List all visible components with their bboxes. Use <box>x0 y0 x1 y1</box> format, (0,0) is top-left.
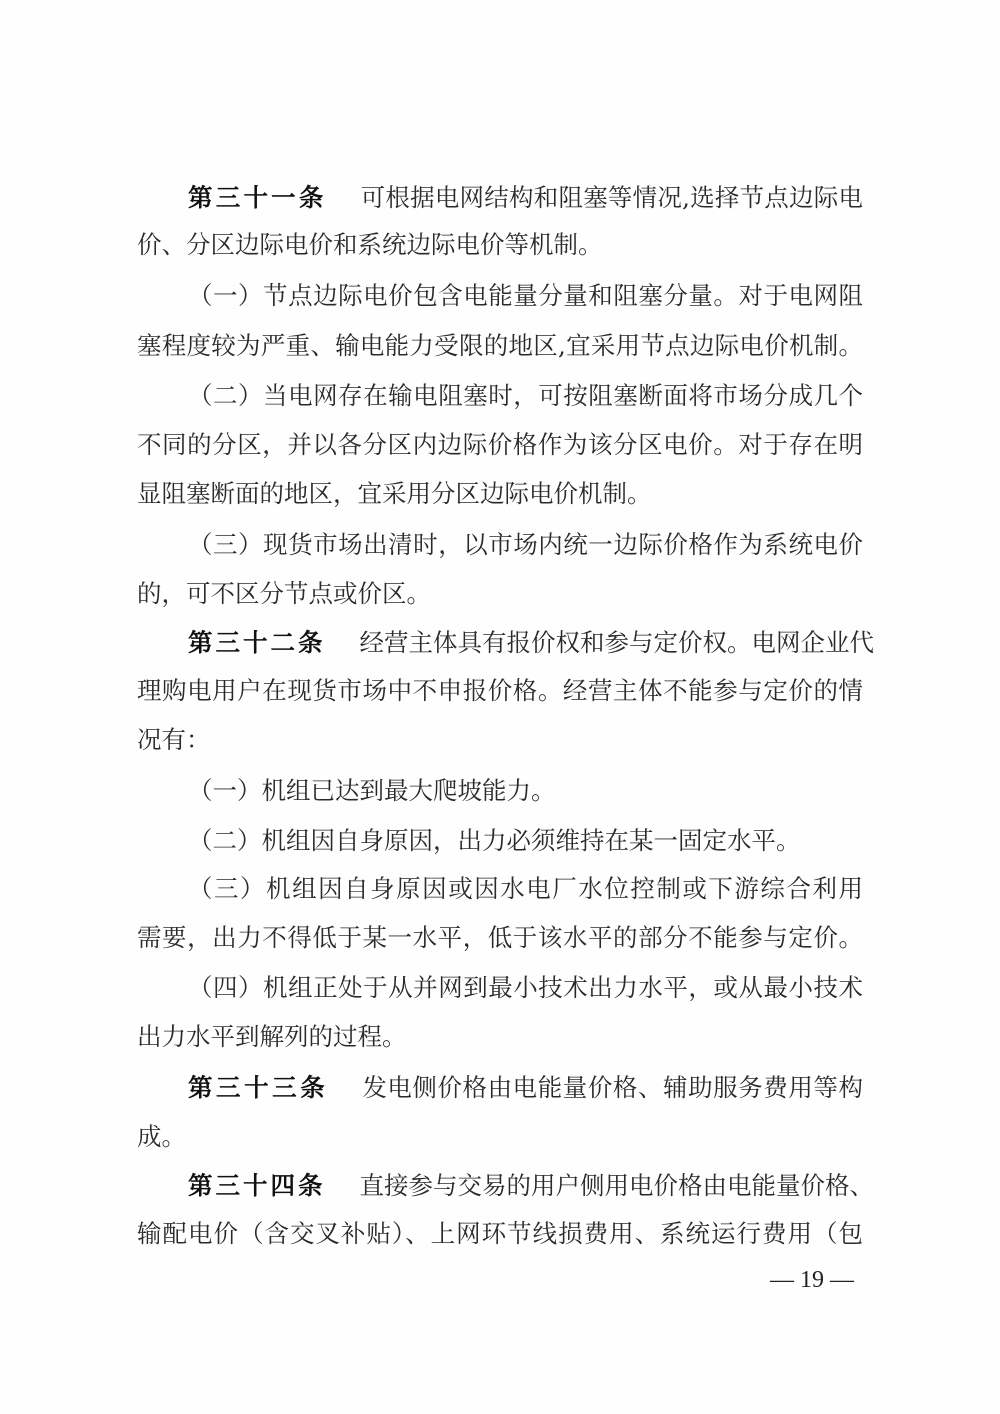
paragraph-text: 经营主体具有报价权和参与定价权。电网企业代 <box>360 628 875 657</box>
article-31-item-2-line-3: 显阻塞断面的地区，宜采用分区边际电价机制。 <box>137 474 863 514</box>
article-31-item-2-line-2: 不同的分区，并以各分区内边际价格作为该分区电价。对于存在明 <box>137 425 863 465</box>
article-32-item-3-line-2: 需要，出力不得低于某一水平，低于该水平的部分不能参与定价。 <box>137 918 863 958</box>
article-32-line-3: 况有： <box>137 720 863 760</box>
article-heading: 第三十二条 <box>188 628 326 657</box>
paragraph-text: 发电侧价格由电能量价格、辅助服务费用等构 <box>362 1073 863 1102</box>
article-31-line-1: 第三十一条可根据电网结构和阻塞等情况,选择节点边际电 <box>188 178 863 218</box>
page-number: — 19 — <box>757 1262 867 1298</box>
article-32-item-1: （一）机组已达到最大爬坡能力。 <box>188 771 863 811</box>
article-33-line-2: 成。 <box>137 1117 863 1157</box>
article-31-line-2: 价、分区边际电价和系统边际电价等机制。 <box>137 225 863 265</box>
paragraph-text: 直接参与交易的用户侧用电价格由电能量价格、 <box>360 1171 875 1200</box>
article-33-line-1: 第三十三条发电侧价格由电能量价格、辅助服务费用等构 <box>188 1068 863 1108</box>
article-heading: 第三十一条 <box>188 183 327 212</box>
article-31-item-2-line-1: （二）当电网存在输电阻塞时，可按阻塞断面将市场分成几个 <box>188 376 863 416</box>
article-31-item-1-line-1: （一）节点边际电价包含电能量分量和阻塞分量。对于电网阻 <box>188 276 863 316</box>
article-heading: 第三十三条 <box>188 1073 328 1102</box>
article-32-line-1: 第三十二条经营主体具有报价权和参与定价权。电网企业代 <box>188 623 863 663</box>
article-34-line-1: 第三十四条直接参与交易的用户侧用电价格由电能量价格、 <box>188 1166 863 1206</box>
article-31-item-3-line-1: （三）现货市场出清时，以市场内统一边际价格作为系统电价 <box>188 525 863 565</box>
article-31-item-3-line-2: 的，可不区分节点或价区。 <box>137 574 863 614</box>
article-32-item-2: （二）机组因自身原因，出力必须维持在某一固定水平。 <box>188 821 863 861</box>
article-heading: 第三十四条 <box>188 1171 326 1200</box>
article-32-item-4-line-2: 出力水平到解列的过程。 <box>137 1017 863 1057</box>
article-34-line-2: 输配电价（含交叉补贴）、上网环节线损费用、系统运行费用（包 <box>137 1214 863 1254</box>
article-32-item-4-line-1: （四）机组正处于从并网到最小技术出力水平，或从最小技术 <box>188 968 863 1008</box>
article-32-line-2: 理购电用户在现货市场中不申报价格。经营主体不能参与定价的情 <box>137 671 863 711</box>
document-page: 第三十一条可根据电网结构和阻塞等情况,选择节点边际电 价、分区边际电价和系统边际… <box>0 0 1000 1414</box>
article-31-item-1-line-2: 塞程度较为严重、输电能力受限的地区,宜采用节点边际电价机制。 <box>137 326 863 366</box>
article-32-item-3-line-1: （三）机组因自身原因或因水电厂水位控制或下游综合利用 <box>188 869 863 909</box>
paragraph-text: 可根据电网结构和阻塞等情况,选择节点边际电 <box>361 183 863 212</box>
